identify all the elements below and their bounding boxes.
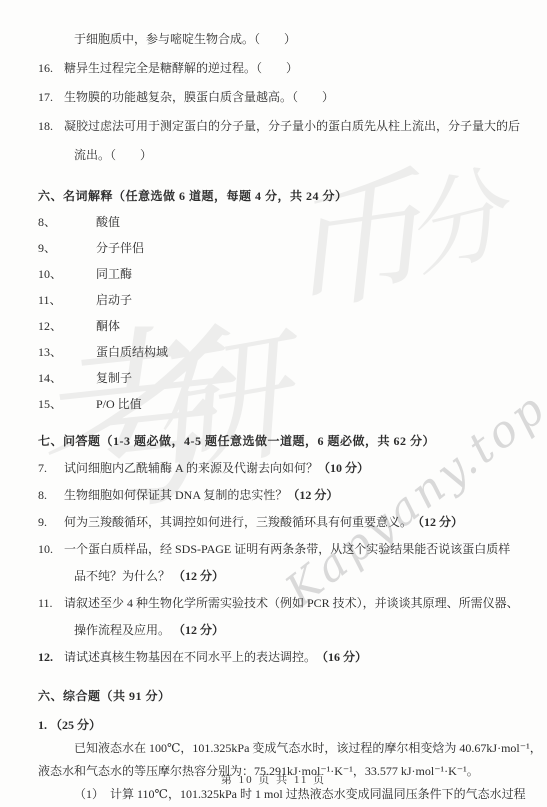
term-item: 15、 P/O 比值 — [38, 396, 509, 413]
qa-text: 请叙述至少 4 种生物化学所需实验技术（例如 PCR 技术），并谈谈其原理、所需… — [64, 595, 519, 612]
question-item: 17. 生物膜的功能越复杂，膜蛋白质含量越高。（ ） — [38, 89, 509, 106]
question-wrap-line: 流出。（ ） — [38, 147, 509, 164]
qa-item: 9. 何为三羧酸循环，其调控如何进行，三羧酸循环具有何重要意义。 （12 分） — [38, 514, 509, 531]
qa-wrap-line: 操作流程及应用。 （12 分） — [38, 622, 509, 639]
question-item: 18. 凝胶过虑法可用于测定蛋白的分子量，分子量小的蛋白质先从柱上流出，分子量大… — [38, 118, 509, 135]
term-text: 酸值 — [96, 214, 120, 231]
term-number: 10、 — [38, 266, 96, 283]
question-number: 18. — [38, 118, 64, 135]
term-number: 9、 — [38, 240, 96, 257]
term-text: 复制子 — [96, 370, 132, 387]
term-item: 10、 同工酶 — [38, 266, 509, 283]
qa-text: 试问细胞内乙酰辅酶 A 的来源及代谢去向如何？ — [64, 460, 318, 477]
question-number: 16. — [38, 60, 64, 77]
qa-text: 一个蛋白质样品，经 SDS-PAGE 证明有两条条带，从这个实验结果能否说该蛋白… — [64, 541, 510, 558]
qa-score: （16 分） — [316, 649, 367, 666]
qa-number: 7. — [38, 460, 64, 477]
term-text: 同工酶 — [96, 266, 132, 283]
question-text: 糖异生过程完全是糖酵解的逆过程。（ ） — [64, 60, 298, 77]
question-number: 17. — [38, 89, 64, 106]
qa-item: 10. 一个蛋白质样品，经 SDS-PAGE 证明有两条条带，从这个实验结果能否… — [38, 541, 509, 558]
qa-text: 请试述真核生物基因在不同水平上的表达调控。 — [64, 649, 316, 666]
term-number: 12、 — [38, 318, 96, 335]
term-text: 蛋白质结构域 — [96, 344, 168, 361]
term-item: 13、 蛋白质结构域 — [38, 344, 509, 361]
qa-item: 8. 生物细胞如何保证其 DNA 复制的忠实性？ （12 分） — [38, 487, 509, 504]
section-heading-comprehensive: 六、综合题（共 91 分） — [38, 688, 509, 705]
term-item: 9、 分子伴侣 — [38, 240, 509, 257]
qa-score: （12 分） — [287, 487, 338, 504]
term-text: 启动子 — [96, 292, 132, 309]
qa-wrap-line: 品不纯？为什么？ （12 分） — [38, 568, 509, 585]
term-item: 14、 复制子 — [38, 370, 509, 387]
comprehensive-paragraph: 已知液态水在 100℃，101.325kPa 变成气态水时，该过程的摩尔相变焓为… — [38, 740, 509, 757]
term-number: 8、 — [38, 214, 96, 231]
term-number: 11、 — [38, 292, 96, 309]
term-text: P/O 比值 — [96, 396, 142, 413]
qa-text: 品不纯？为什么？ — [74, 569, 170, 583]
qa-score: （10 分） — [318, 460, 369, 477]
qa-score: （12 分） — [173, 569, 224, 583]
page-content: 于细胞质中，参与嘧啶生物合成。（ ） 16. 糖异生过程完全是糖酵解的逆过程。（… — [0, 12, 547, 803]
qa-number: 10. — [38, 541, 64, 558]
term-text: 酮体 — [96, 318, 120, 335]
qa-item: 12. 请试述真核生物基因在不同水平上的表达调控。 （16 分） — [38, 649, 509, 666]
qa-text: 何为三羧酸循环，其调控如何进行，三羧酸循环具有何重要意义。 — [64, 514, 412, 531]
terms-section: 六、名词解释（任意选做 6 道题，每题 4 分，共 24 分） 8、 酸值 9、… — [38, 188, 509, 413]
qa-section: 七、问答题（1-3 题必做，4-5 题任意选做一道题，6 题必做，共 62 分）… — [38, 433, 509, 666]
qa-number: 8. — [38, 487, 64, 504]
true-false-section: 于细胞质中，参与嘧啶生物合成。（ ） 16. 糖异生过程完全是糖酵解的逆过程。（… — [38, 12, 509, 164]
qa-text: 生物细胞如何保证其 DNA 复制的忠实性？ — [64, 487, 287, 504]
exam-paper-page: 分 币 考 研 Kapyany.top 于细胞质中，参与嘧啶生物合成。（ ） 1… — [0, 0, 547, 807]
term-text: 分子伴侣 — [96, 240, 144, 257]
question-continuation-line: 于细胞质中，参与嘧啶生物合成。（ ） — [38, 12, 509, 48]
qa-text: 操作流程及应用。 — [74, 623, 170, 637]
comprehensive-q1-label: 1. （25 分） — [38, 717, 509, 734]
section-heading-qa: 七、问答题（1-3 题必做，4-5 题任意选做一道题，6 题必做，共 62 分） — [38, 433, 509, 450]
term-number: 14、 — [38, 370, 96, 387]
qa-score: （12 分） — [412, 514, 463, 531]
question-text: 凝胶过虑法可用于测定蛋白的分子量，分子量小的蛋白质先从柱上流出，分子量大的后 — [64, 118, 520, 135]
page-footer: 第 10 页 共 11 页 — [0, 772, 547, 789]
qa-number: 11. — [38, 595, 64, 612]
term-item: 8、 酸值 — [38, 214, 509, 231]
qa-number: 9. — [38, 514, 64, 531]
qa-item: 11. 请叙述至少 4 种生物化学所需实验技术（例如 PCR 技术），并谈谈其原… — [38, 595, 509, 612]
qa-number: 12. — [38, 649, 64, 666]
term-item: 12、 酮体 — [38, 318, 509, 335]
term-number: 15、 — [38, 396, 96, 413]
qa-item: 7. 试问细胞内乙酰辅酶 A 的来源及代谢去向如何？ （10 分） — [38, 460, 509, 477]
term-number: 13、 — [38, 344, 96, 361]
question-text: 生物膜的功能越复杂，膜蛋白质含量越高。（ ） — [64, 89, 334, 106]
section-heading-terms: 六、名词解释（任意选做 6 道题，每题 4 分，共 24 分） — [38, 188, 509, 205]
qa-score: （12 分） — [173, 623, 224, 637]
question-item: 16. 糖异生过程完全是糖酵解的逆过程。（ ） — [38, 60, 509, 77]
term-item: 11、 启动子 — [38, 292, 509, 309]
